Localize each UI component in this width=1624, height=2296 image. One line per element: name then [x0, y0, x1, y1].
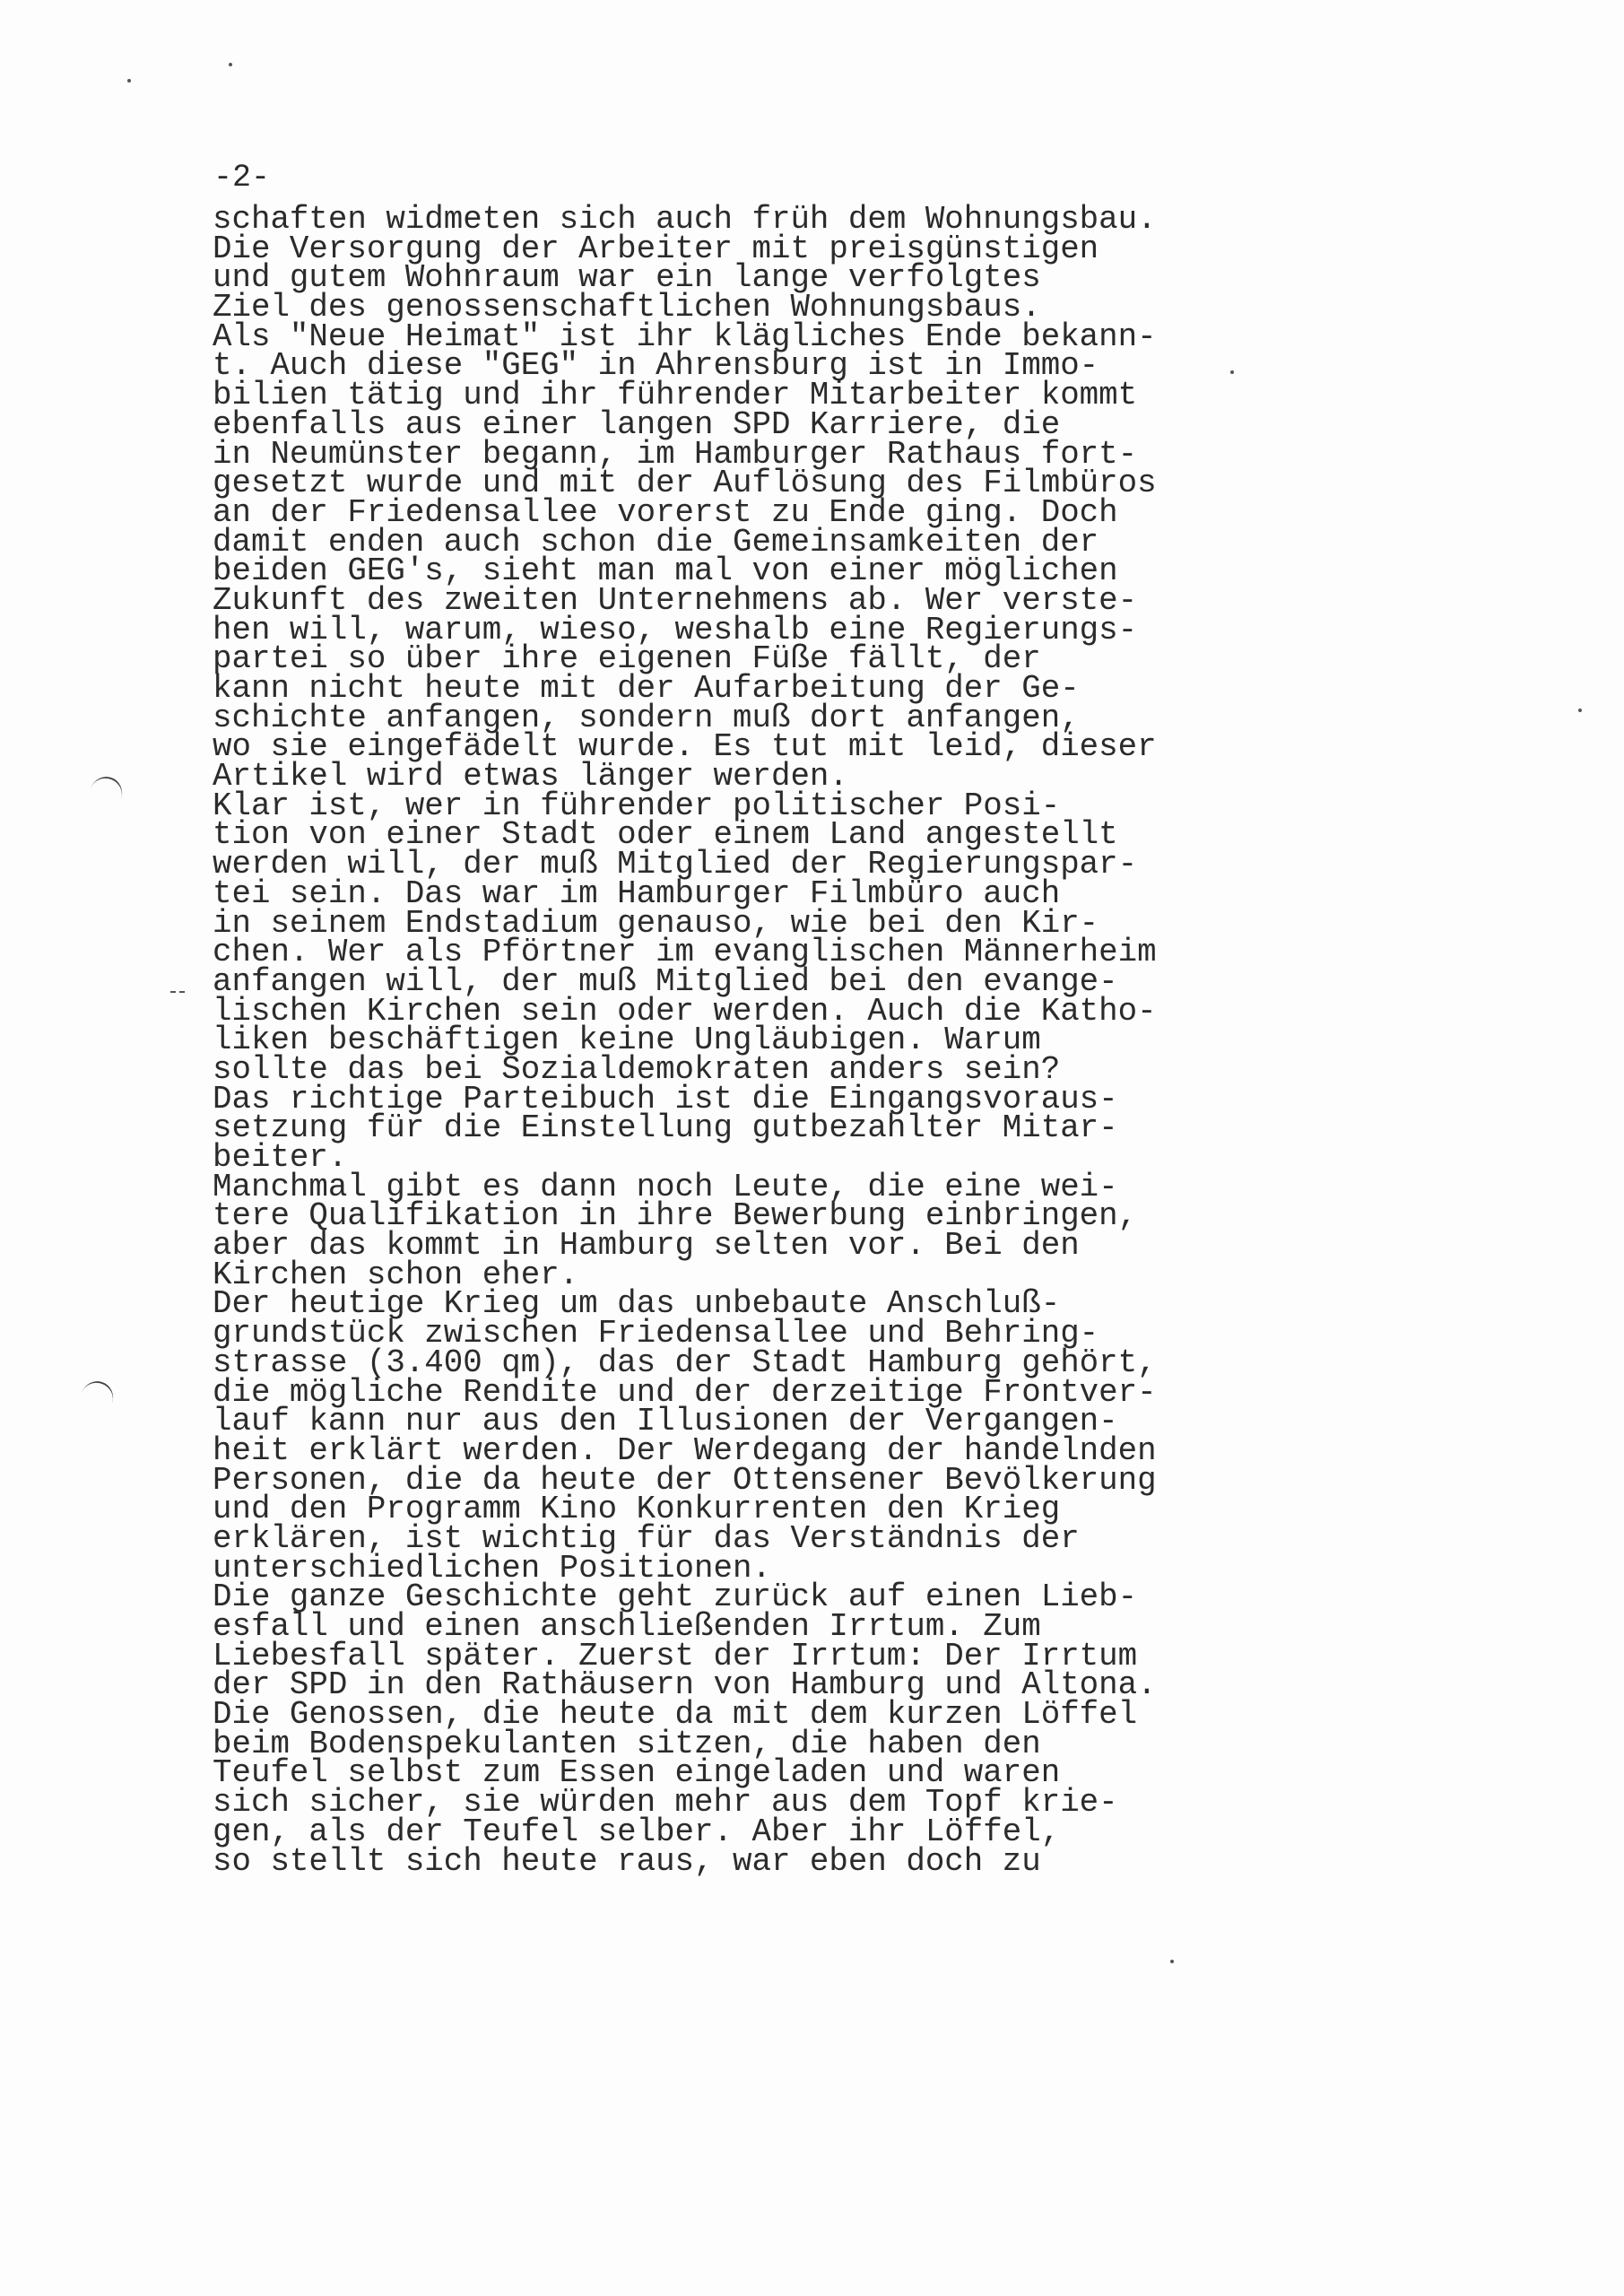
page-number: -2-	[213, 163, 270, 193]
margin-arc-icon	[85, 772, 127, 815]
speck-icon	[1230, 370, 1234, 374]
speck-icon	[229, 63, 232, 66]
margin-scribble-icon	[170, 991, 185, 996]
text-line: so stellt sich heute raus, war eben doch…	[213, 1848, 1157, 1877]
body-text: schaften widmeten sich auch früh dem Woh…	[213, 205, 1157, 1876]
speck-icon	[1578, 709, 1582, 712]
speck-icon	[1170, 1960, 1174, 1963]
text-line: setzung für die Einstellung gutbezahlter…	[213, 1114, 1157, 1144]
scanned-page: -2- schaften widmeten sich auch früh dem…	[0, 0, 1624, 2296]
margin-arc-icon	[76, 1377, 118, 1420]
speck-icon	[127, 79, 131, 83]
